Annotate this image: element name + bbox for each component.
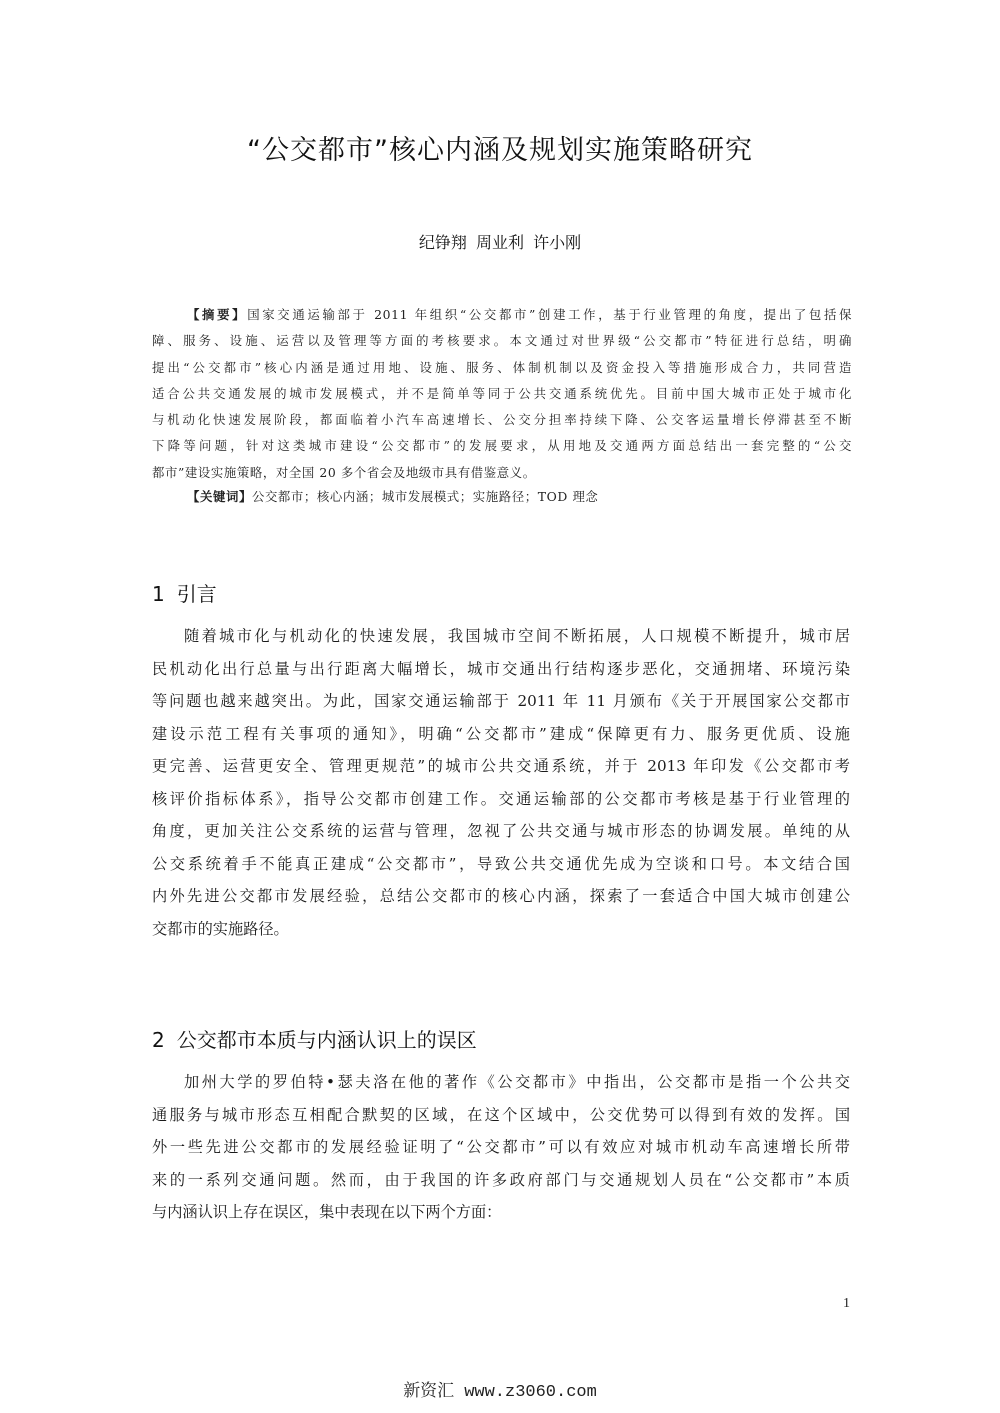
section-heading: 1引言	[152, 578, 217, 607]
section-body: 随着城市化与机动化的快速发展，我国城市空间不断拓展，人口规模不断提升，城市居 民…	[152, 620, 850, 945]
body-line: 外一些先进公交都市的发展经验证明了“公交都市”可以有效应对城市机动车高速增长所带	[152, 1131, 850, 1164]
abstract-line: 【摘要】国家交通运输部于 2011 年组织“公交都市”创建工作，基于行业管理的角…	[152, 302, 852, 328]
page-number: 1	[843, 1296, 850, 1312]
section-heading: 2公交都市本质与内涵认识上的误区	[152, 1024, 477, 1053]
body-line: 公交系统着手不能真正建成“公交都市”，导致公共交通优先成为空谈和口号。本文结合国	[152, 848, 850, 881]
body-line: 交都市的实施路径。	[152, 913, 850, 946]
body-line: 加州大学的罗伯特•瑟夫洛在他的著作《公交都市》中指出，公交都市是指一个公共交	[152, 1066, 850, 1099]
keywords-line: 【关键词】公交都市；核心内涵；城市发展模式；实施路径；TOD 理念	[187, 487, 598, 505]
body-line: 通服务与城市形态互相配合默契的区域，在这个区域中，公交优势可以得到有效的发挥。国	[152, 1099, 850, 1132]
body-line: 等问题也越来越突出。为此，国家交通运输部于 2011 年 11 月颁布《关于开展…	[152, 685, 850, 718]
body-line: 角度，更加关注公交系统的运营与管理，忽视了公共交通与城市形态的协调发展。单纯的从	[152, 815, 850, 848]
abstract-line: 适合公共交通发展的城市发展模式，并不是简单等同于公共交通系统优先。目前中国大城市…	[152, 381, 852, 407]
body-line: 来的一系列交通问题。然而，由于我国的许多政府部门与交通规划人员在“公交都市”本质	[152, 1164, 850, 1197]
body-line: 更完善、运营更安全、管理更规范”的城市公共交通系统，并于 2013 年印发《公交…	[152, 750, 850, 783]
abstract-line: 与机动化快速发展阶段，都面临着小汽车高速增长、公交分担率持续下降、公交客运量增长…	[152, 407, 852, 433]
body-line: 核评价指标体系》，指导公交都市创建工作。交通运输部的公交都市考核是基于行业管理的	[152, 783, 850, 816]
paper-authors: 纪铮翔 周业利 许小刚	[0, 230, 1000, 253]
body-line: 内外先进公交都市发展经验，总结公交都市的核心内涵，探索了一套适合中国大城市创建公	[152, 880, 850, 913]
abstract-line: 都市”建设实施策略，对全国 20 多个省会及地级市具有借鉴意义。	[152, 460, 852, 486]
keywords-text: 公交都市；核心内涵；城市发展模式；实施路径；TOD 理念	[252, 489, 598, 504]
keywords-label: 【关键词】	[187, 489, 252, 504]
footer-url[interactable]: www.z3060.com	[464, 1383, 597, 1402]
abstract-line: 提出“公交都市”核心内涵是通过用地、设施、服务、体制机制以及资金投入等措施形成合…	[152, 355, 852, 381]
abstract-label: 【摘要】	[187, 307, 247, 322]
body-line: 随着城市化与机动化的快速发展，我国城市空间不断拓展，人口规模不断提升，城市居	[152, 620, 850, 653]
body-line: 民机动化出行总量与出行距离大幅增长，城市交通出行结构逐步恶化，交通拥堵、环境污染	[152, 653, 850, 686]
section-body: 加州大学的罗伯特•瑟夫洛在他的著作《公交都市》中指出，公交都市是指一个公共交 通…	[152, 1066, 850, 1229]
abstract-line: 下降等问题，针对这类城市建设“公交都市”的发展要求，从用地及交通两方面总结出一套…	[152, 433, 852, 459]
section-title: 公交都市本质与内涵认识上的误区	[177, 1028, 477, 1052]
section-title: 引言	[177, 582, 217, 606]
footer-site-name: 新资汇	[403, 1381, 454, 1401]
body-line: 建设示范工程有关事项的通知》，明确“公交都市”建成“保障更有力、服务更优质、设施	[152, 718, 850, 751]
section-number: 1	[152, 582, 165, 606]
paper-title: “公交都市”核心内涵及规划实施策略研究	[0, 128, 1000, 167]
footer-watermark: 新资汇www.z3060.com	[0, 1376, 1000, 1402]
abstract-block: 【摘要】国家交通运输部于 2011 年组织“公交都市”创建工作，基于行业管理的角…	[152, 302, 852, 486]
abstract-line: 障、服务、设施、运营以及管理等方面的考核要求。本文通过对世界级“公交都市”特征进…	[152, 328, 852, 354]
body-line: 与内涵认识上存在误区，集中表现在以下两个方面：	[152, 1196, 850, 1229]
section-number: 2	[152, 1028, 165, 1052]
document-page: “公交都市”核心内涵及规划实施策略研究 纪铮翔 周业利 许小刚 【摘要】国家交通…	[0, 0, 1000, 1413]
